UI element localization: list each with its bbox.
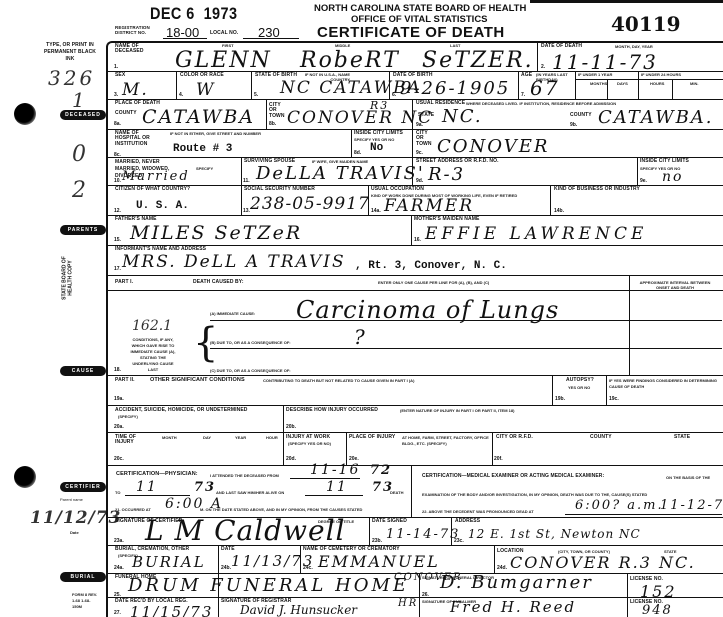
- item-19c: 19c.: [609, 396, 619, 402]
- city-rfd-label: CITY OR R.F.D.: [496, 435, 533, 440]
- citizen-value: U. S. A.: [136, 200, 189, 212]
- divider: [106, 545, 723, 546]
- divider: [266, 99, 267, 129]
- divider: [283, 405, 284, 465]
- autopsy-label: AUTOPSY?: [566, 378, 594, 383]
- date-of-death-label: DATE OF DEATH: [541, 44, 582, 49]
- informant-name: MRS. DeLL A TRAVIS: [122, 252, 346, 272]
- name-first: GLENN: [175, 48, 272, 73]
- immediate-cause: Carcinoma of Lungs: [296, 296, 559, 324]
- cemetery-value: EMMANUEL: [318, 552, 440, 571]
- name-last: SeTZER.: [422, 48, 534, 73]
- certificate-title: CERTIFICATE OF DEATH: [317, 24, 505, 41]
- mother-name: EFFIE LAWRENCE: [425, 224, 647, 244]
- item-24d: 24d.: [497, 565, 507, 571]
- divider: [106, 465, 723, 466]
- divider: [346, 432, 347, 465]
- divider: [419, 573, 420, 617]
- pod-city-note: R3: [370, 99, 389, 112]
- item-24b: 24b.: [221, 565, 231, 571]
- divider: [106, 290, 723, 291]
- hospital-sub: IF NOT IN EITHER, GIVE STREET AND NUMBER: [170, 131, 261, 136]
- item-7: 7.: [521, 92, 525, 98]
- item-20b: 20b.: [286, 424, 296, 430]
- item-1: 1.: [114, 64, 118, 70]
- date-of-death-sub: MONTH, DAY, YEAR: [615, 44, 653, 49]
- place-injury-sub: AT HOME, FARM, STREET, FACTORY, OFFICE B…: [402, 435, 492, 447]
- form-id: FORM 8 REV. 1-68 1-68-150M: [72, 592, 98, 610]
- race-label: COLOR OR RACE: [180, 73, 224, 78]
- res-state: NC.: [442, 106, 483, 127]
- accident-sub: (SPECIFY): [118, 414, 138, 419]
- embalmer-license: 948: [642, 603, 673, 617]
- under-24-min: MIN.: [690, 81, 698, 86]
- from-year: 72: [370, 463, 392, 478]
- certifier-date-label: Date: [70, 530, 79, 535]
- underline: [565, 514, 722, 515]
- to-label: TO: [115, 490, 120, 495]
- tab-certifier: CERTIFIER: [60, 482, 106, 492]
- divider: [106, 129, 723, 130]
- margin-code-2: 1: [72, 88, 85, 112]
- item-24c: 24c.: [303, 565, 313, 571]
- item-14b: 14b.: [554, 208, 564, 214]
- tab-burial: BURIAL: [60, 572, 106, 582]
- punch-hole-bottom: [14, 466, 36, 488]
- parent-name-note: Parent name: [60, 497, 83, 502]
- divider: [638, 71, 639, 99]
- spouse-value: DeLLA TRAVIS': [256, 163, 425, 184]
- res-city-label: CITY OR TOWN: [416, 131, 432, 147]
- pod-county: CATAWBA: [142, 106, 255, 128]
- res-city: CONOVER: [437, 136, 549, 157]
- local-no-underline: [243, 38, 299, 39]
- item-12: 12.: [114, 208, 121, 214]
- ink-instruction: TYPE, OR PRINT IN PERMANENT BLACK INK: [40, 42, 100, 63]
- how-injury-sub: (ENTER NATURE OF INJURY IN PART I OR PAR…: [400, 408, 514, 413]
- item-9e: 9e.: [640, 178, 647, 184]
- date-recd: 11/15/73: [130, 603, 213, 617]
- embalmer-signature: Fred H. Reed: [450, 598, 576, 616]
- me-cert-label: CERTIFICATION—MEDICAL EXAMINER OR ACTING…: [422, 474, 604, 479]
- item-9c: 9c.: [416, 150, 423, 156]
- item-10: 10.: [114, 178, 121, 184]
- father-name: MILES SeTZeR: [130, 222, 302, 244]
- occurred-label: 21. OCCURRED AT: [115, 507, 151, 512]
- item-5: 5.: [254, 92, 258, 98]
- res-state-label: STATE: [418, 113, 434, 118]
- autopsy-sub: YES OR NO: [568, 385, 590, 390]
- attended-to: 11: [136, 479, 158, 495]
- item-6: 6.: [392, 92, 396, 98]
- part2-label: PART II.: [115, 378, 135, 383]
- under-24-hours: HOURS: [650, 81, 664, 86]
- divider: [494, 545, 495, 573]
- divider: [300, 545, 301, 573]
- divider: [672, 79, 673, 99]
- item-18: 18.: [114, 367, 121, 373]
- hospital-value: Route # 3: [173, 143, 232, 155]
- location-value: CONOVER R.3 NC.: [510, 553, 696, 572]
- attended-from: 11-16: [310, 462, 360, 478]
- item-19b: 19b.: [555, 396, 565, 402]
- divider: [451, 517, 452, 545]
- findings-label: IF YES WERE FINDINGS CONSIDERED IN DETER…: [609, 378, 721, 390]
- at-work-sub: (SPECIFY YES OR NO): [288, 441, 331, 446]
- injury-state-label: STATE: [674, 435, 690, 440]
- divider: [389, 71, 390, 99]
- sex-value: M.: [122, 80, 149, 100]
- underline: [290, 478, 360, 479]
- item-20a: 20a.: [114, 424, 124, 430]
- divider: [575, 71, 576, 99]
- divider: [241, 157, 242, 215]
- margin-code-1: 326: [48, 66, 95, 90]
- me-text-2: EXAMINATION OF THE BODY AND/OR INVESTIGA…: [422, 492, 647, 497]
- tab-cause: CAUSE: [60, 366, 106, 376]
- at-work-label: INJURY AT WORK: [286, 435, 330, 440]
- place-injury-label: PLACE OF INJURY: [349, 435, 395, 440]
- ssn-value: 238-05-9917: [250, 194, 370, 214]
- divider: [492, 432, 493, 465]
- accident-label: ACCIDENT, SUICIDE, HOMICIDE, OR UNDETERM…: [115, 408, 247, 413]
- age-value: 67: [530, 76, 559, 100]
- other-conditions-sub: CONTRIBUTING TO DEATH BUT NOT RELATED TO…: [263, 378, 414, 383]
- item-8b: 8b.: [269, 121, 276, 127]
- due-to-b: ?: [354, 325, 367, 349]
- me-text-3: 22. ABOVE THE DECEDENT WAS PRONOUNCED DE…: [422, 509, 534, 514]
- margin-code-3: 0: [72, 142, 86, 167]
- pod-county-label: COUNTY: [115, 111, 137, 116]
- last-saw: 11: [326, 479, 348, 495]
- item-24a: 24a.: [114, 565, 124, 571]
- divider: [106, 157, 723, 158]
- divider: [575, 79, 723, 80]
- name-middle: RobeRT: [300, 48, 400, 73]
- last-saw-text: AND LAST SAW HIM/HER ALIVE ON: [216, 490, 284, 495]
- divider: [411, 215, 412, 245]
- item-15: 15.: [114, 237, 121, 243]
- ssn-label: SOCIAL SECURITY NUMBER: [244, 187, 315, 192]
- hospital-label: NAME OF HOSPITAL OR INSTITUTION: [115, 131, 155, 147]
- marital-value: Married: [122, 169, 190, 184]
- divider: [106, 99, 723, 100]
- item-14a: 14a.: [371, 208, 381, 214]
- registrar-note: HR: [398, 598, 418, 609]
- item-9b: 9b.: [570, 122, 577, 128]
- pod-city-label: CITY OR TOWN: [269, 103, 285, 119]
- divider: [550, 185, 551, 215]
- item-3: 3.: [114, 92, 118, 98]
- inside-limits-value: No: [370, 142, 383, 154]
- occupation-value: FARMER: [384, 196, 474, 216]
- registration-district-label: REGISTRATION DISTRICT NO.: [115, 26, 153, 35]
- date-signed-label: DATE SIGNED: [372, 519, 407, 524]
- punch-hole-top: [14, 103, 36, 125]
- divider: [106, 275, 723, 276]
- under-1-year-label: IF UNDER 1 YEAR: [578, 72, 612, 77]
- director-signature: D. Bumgarner: [440, 572, 593, 593]
- citizen-label: CITIZEN OF WHAT COUNTRY?: [115, 187, 190, 192]
- pronounced-time: 6:00? a.m.: [575, 498, 664, 513]
- divider: [518, 71, 519, 99]
- conditions-note: CONDITIONS, IF ANY, WHICH GAVE RISE TO I…: [127, 337, 179, 373]
- item-13: 13.: [243, 208, 250, 214]
- one-cause-note: ENTER ONLY ONE CAUSE PER LINE FOR (a), (…: [378, 280, 489, 285]
- occupation-label: USUAL OCCUPATION: [371, 187, 424, 192]
- due-to-c-label: (c) DUE TO, OR AS A CONSEQUENCE OF:: [210, 368, 291, 373]
- death-word: DEATH: [390, 490, 403, 495]
- registrar-signature: David J. Hunsucker: [240, 603, 357, 617]
- tab-deceased: DECEASED: [60, 110, 106, 120]
- address-label: ADDRESS: [455, 519, 480, 524]
- death-caused-by-label: DEATH CAUSED BY:: [193, 280, 244, 285]
- divider: [176, 71, 177, 99]
- me-text-1: ON THE BASIS OF THE: [666, 475, 710, 480]
- time-col-month: MONTH: [162, 435, 177, 440]
- item-20c: 20c.: [114, 456, 124, 462]
- item-27: 27.: [114, 610, 121, 616]
- underline: [305, 495, 363, 496]
- item-9a: 9a.: [416, 122, 423, 128]
- occurred-text: M. ON THE DATE STATED ABOVE, AND IN MY O…: [200, 507, 362, 512]
- agency-line-1: NORTH CAROLINA STATE BOARD OF HEALTH: [314, 3, 526, 14]
- item-17: 17.: [114, 266, 121, 272]
- time-col-day: DAY: [203, 435, 211, 440]
- date-of-birth: 9-26-1905: [400, 78, 510, 99]
- inside-limits-label: INSIDE CITY LIMITS: [354, 131, 403, 136]
- item-11: 11.: [243, 178, 250, 184]
- race-value: W: [196, 80, 215, 100]
- local-no-label: LOCAL NO.: [210, 31, 238, 36]
- informant-address: , Rt. 3, Conover, N. C.: [355, 260, 507, 272]
- time-col-year: YEAR: [235, 435, 246, 440]
- item-23b: 23b.: [372, 538, 382, 544]
- divider: [351, 129, 352, 157]
- item-9d: 9d.: [416, 178, 423, 184]
- margin-code-4: 2: [72, 178, 86, 203]
- physician-cert-label: CERTIFICATION—PHYSICIAN:: [116, 472, 198, 478]
- certifier-address: 12 E. 1st St, Newton NC: [468, 527, 641, 541]
- divider: [369, 517, 370, 545]
- res-county: CATAWBA.: [598, 107, 714, 128]
- certificate-number: 40119: [611, 12, 681, 36]
- date-signed: 11-14-73: [386, 527, 460, 542]
- burial-date: 11/13/73: [231, 552, 314, 570]
- item-2: 2.: [541, 64, 545, 70]
- line-b: [210, 348, 722, 349]
- disposition-value: BURIAL: [132, 553, 206, 571]
- residence-sub: WHERE DECEASED LIVED. IF INSTITUTION, RE…: [466, 101, 616, 106]
- how-injury-label: DESCRIBE HOW INJURY OCCURRED: [286, 408, 378, 413]
- marital-sub: SPECIFY: [196, 166, 213, 171]
- certifier-signature: L M Caldwell: [145, 514, 346, 547]
- funeral-home: DRUM FUNERAL HOME: [128, 575, 409, 596]
- mother-label: MOTHER'S MAIDEN NAME: [414, 217, 479, 222]
- pronounced-on: 11-12-73: [660, 498, 723, 513]
- due-to-b-label: (b) DUE TO, OR AS A CONSEQUENCE OF:: [210, 340, 291, 345]
- item-20f: 20f.: [494, 456, 503, 462]
- injury-county-label: COUNTY: [590, 435, 612, 440]
- cause-margin-code: 162.1: [132, 318, 172, 334]
- to-year: 73: [194, 480, 216, 495]
- res-inside-limits-value: no: [662, 169, 683, 185]
- time-injury-label: TIME OF INJURY: [115, 435, 143, 446]
- divider: [627, 573, 628, 617]
- res-inside-limits-label: INSIDE CITY LIMITS: [640, 159, 689, 164]
- item-16: 16.: [414, 237, 421, 243]
- item-4: 4.: [179, 92, 183, 98]
- time-col-hour: HOUR: [266, 435, 278, 440]
- divider: [106, 432, 723, 433]
- divider: [251, 71, 252, 99]
- part1-label: PART I.: [115, 280, 133, 285]
- attended-text: I ATTENDED THE DECEASED FROM: [210, 473, 279, 478]
- immediate-cause-label: (a) IMMEDIATE CAUSE:: [210, 311, 255, 316]
- under-1-days: DAYS: [617, 81, 628, 86]
- under-1-months: MONTHS: [590, 81, 607, 86]
- item-8d: 8d.: [354, 150, 361, 156]
- divider: [368, 185, 369, 215]
- registration-district-underline: [163, 38, 207, 39]
- under-24-hours-label: IF UNDER 24 HOURS: [641, 72, 681, 77]
- street-value: R-3: [428, 164, 465, 185]
- other-conditions-label: OTHER SIGNIFICANT CONDITIONS: [150, 378, 245, 384]
- divider: [607, 79, 608, 99]
- item-19a: 19a.: [114, 396, 124, 402]
- tab-parents: PARENTS: [60, 225, 106, 235]
- divider: [537, 41, 538, 71]
- header-black-bar: [530, 0, 723, 3]
- item-20d: 20d.: [286, 456, 296, 462]
- interval-label: APPROXIMATE INTERVAL BETWEEN ONSET AND D…: [635, 280, 715, 290]
- business-label: KIND OF BUSINESS OR INDUSTRY: [554, 187, 640, 192]
- item-23c: 23c.: [454, 538, 464, 544]
- item-8a: 8a.: [114, 121, 121, 127]
- state-copy-label: STATE BOARD OF HEALTH COPY: [62, 251, 74, 306]
- item-23a: 23a.: [114, 538, 124, 544]
- received-date-stamp: DEC 6 1973: [150, 4, 237, 24]
- sex-label: SEX: [115, 73, 125, 78]
- divider: [106, 405, 723, 406]
- res-county-label: COUNTY: [570, 113, 592, 118]
- disposition-label: BURIAL, CREMATION, OTHER: [115, 547, 189, 552]
- divider: [411, 465, 412, 517]
- divider: [552, 375, 553, 405]
- divider: [106, 375, 723, 376]
- divider: [606, 375, 607, 405]
- divider: [637, 157, 638, 185]
- name-label: NAME OF DECEASED: [115, 44, 155, 55]
